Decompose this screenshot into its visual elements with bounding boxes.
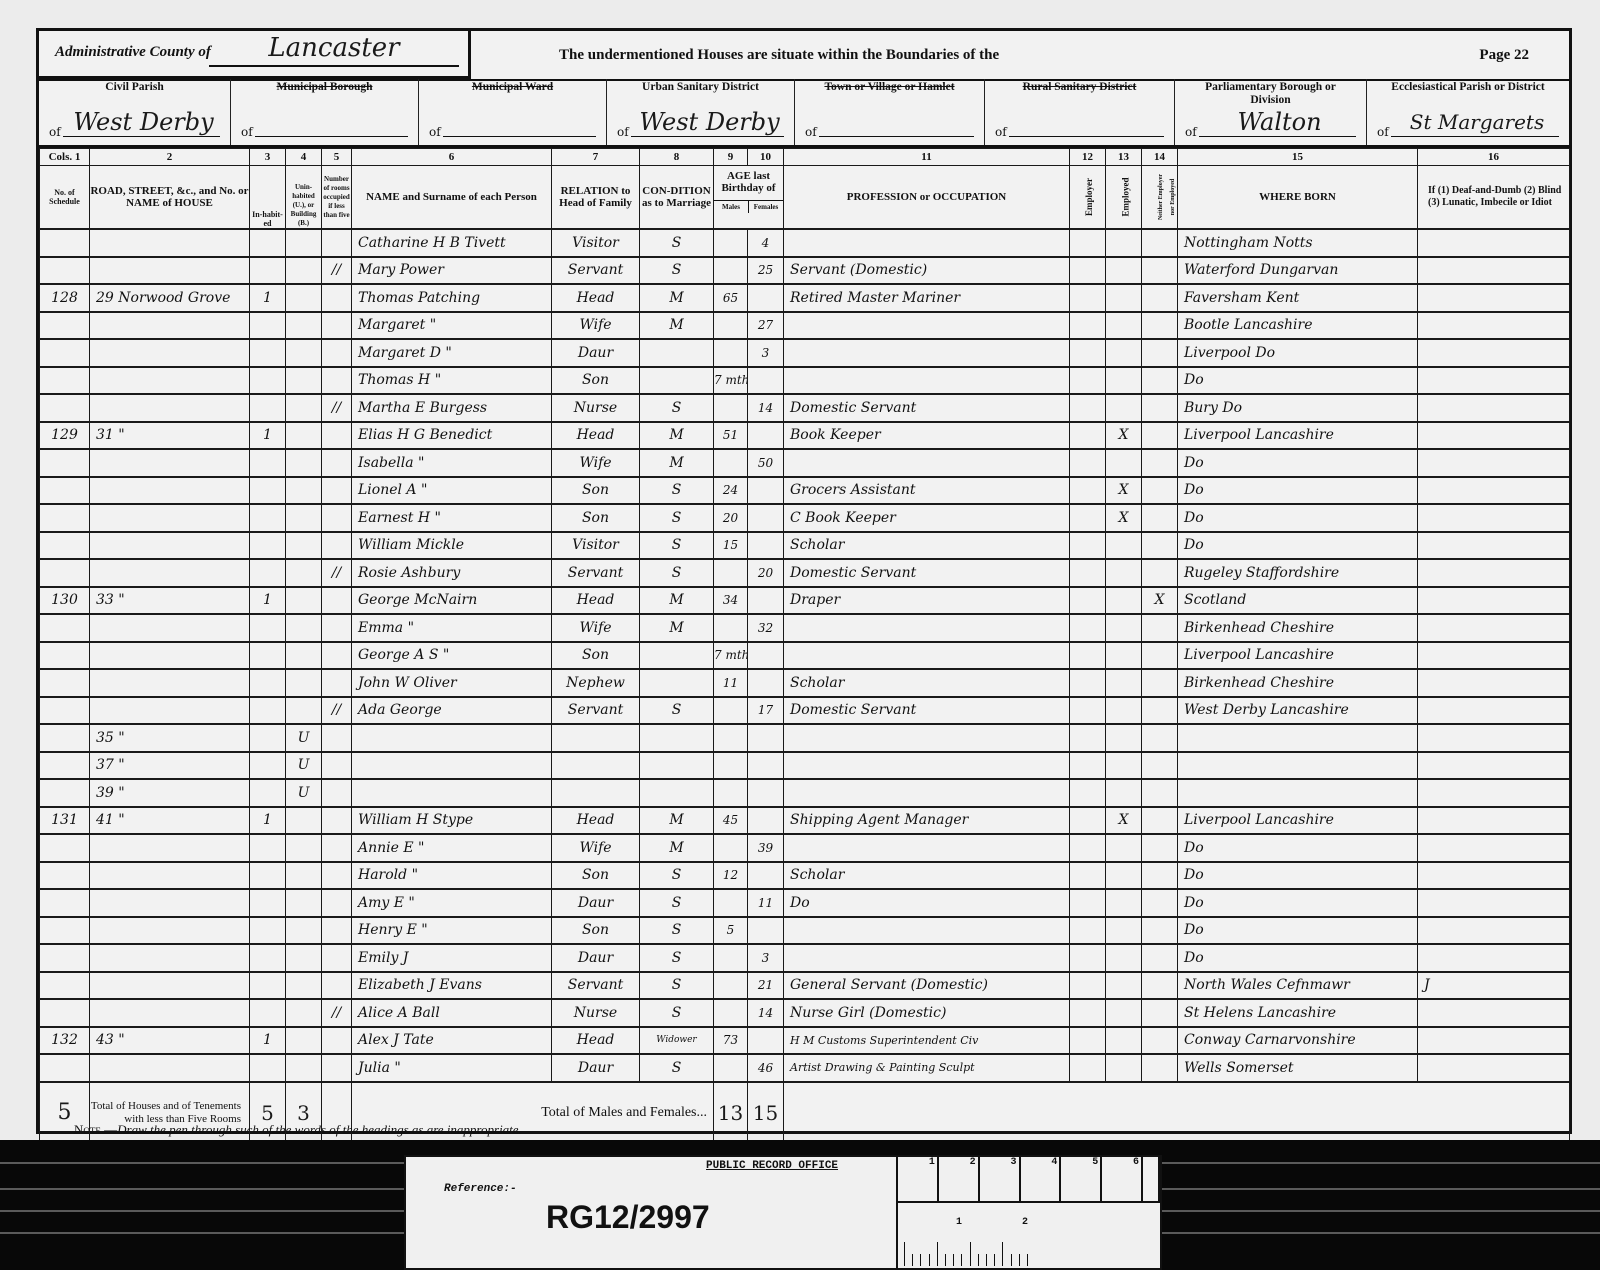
ruler-inch: 1 2 [898,1203,1160,1266]
header-neither-label: Neither Employer nor Employed [1155,172,1178,222]
infirmity [1418,779,1570,807]
male-age [714,559,748,587]
uninhabited [286,587,322,615]
col-number: 16 [1418,149,1570,166]
address: 39 " [90,779,250,807]
uninhabited [286,229,322,257]
col-number: 6 [352,149,552,166]
table-row: 37 "U [40,752,1570,780]
where-born: Bury Do [1178,394,1418,422]
rooms [322,422,352,450]
where-born [1178,724,1418,752]
uninhabited [286,449,322,477]
female-age [748,284,784,312]
occupation: General Servant (Domestic) [784,972,1070,1000]
person-name: Annie E " [352,834,552,862]
infirmity [1418,532,1570,560]
where-born: North Wales Cefnmawr [1178,972,1418,1000]
uninhabited [286,642,322,670]
ruler-tick-label: 4 [1021,1157,1062,1201]
employed [1106,999,1142,1027]
female-age: 3 [748,339,784,367]
uninhabited [286,394,322,422]
occupation [784,944,1070,972]
header-rooms: Number of rooms occupied if less than fi… [322,166,352,230]
table-row: Catharine H B TivettVisitorS4Nottingham … [40,229,1570,257]
employed [1106,367,1142,395]
employer [1070,312,1106,340]
employer [1070,559,1106,587]
address [90,972,250,1000]
footnote: Note.—Draw the pen through such of the w… [74,1122,522,1138]
person-name: Henry E " [352,917,552,945]
employed [1106,559,1142,587]
employer [1070,669,1106,697]
inhabited [250,724,286,752]
ruler-tick-label: 2 [1022,1217,1028,1228]
inhabited [250,752,286,780]
person-name: Martha E Burgess [352,394,552,422]
female-age [748,504,784,532]
infirmity [1418,394,1570,422]
schedule-number [40,669,90,697]
condition: S [640,944,714,972]
table-row: Amy E "DaurS11DoDo [40,889,1570,917]
condition: M [640,834,714,862]
table-row: Emily JDaurS3Do [40,944,1570,972]
area-title: Civil Parish [39,81,230,94]
female-age [748,422,784,450]
rooms [322,367,352,395]
infirmity: J [1418,972,1570,1000]
ruler-tick [904,1242,905,1266]
uninhabited [286,614,322,642]
employed [1106,889,1142,917]
column-header-row: No. of Schedule ROAD, STREET, &c., and N… [40,166,1570,230]
female-age: 50 [748,449,784,477]
occupation: Nurse Girl (Domestic) [784,999,1070,1027]
table-row: //Mary PowerServantS25Servant (Domestic)… [40,257,1570,285]
neither [1142,477,1178,505]
employer [1070,944,1106,972]
female-age [748,367,784,395]
rooms [322,587,352,615]
schedule-number [40,972,90,1000]
employer [1070,504,1106,532]
occupation [784,614,1070,642]
person-name: Alice A Ball [352,999,552,1027]
inhabited [250,559,286,587]
employer [1070,587,1106,615]
condition: S [640,477,714,505]
table-row: //Alice A BallNurseS14Nurse Girl (Domest… [40,999,1570,1027]
header-employed-label: Employed [1120,177,1132,216]
rooms [322,1027,352,1055]
condition [640,642,714,670]
neither [1142,1054,1178,1082]
area-title: Municipal Ward [419,81,606,94]
rooms [322,284,352,312]
area-line [631,136,784,137]
schedule-number: 130 [40,587,90,615]
uninhabited [286,284,322,312]
inhabited [250,504,286,532]
employed [1106,642,1142,670]
relation: Daur [552,339,640,367]
rooms [322,504,352,532]
employed [1106,669,1142,697]
header-road: ROAD, STREET, &c., and No. or NAME of HO… [90,166,250,230]
table-row: 13141 "1William H StypeHeadM45Shipping A… [40,807,1570,835]
female-age: 3 [748,944,784,972]
person-name: John W Oliver [352,669,552,697]
occupation [784,834,1070,862]
schedule-number [40,394,90,422]
employed: X [1106,477,1142,505]
female-age: 32 [748,614,784,642]
infirmity [1418,944,1570,972]
rooms: // [322,257,352,285]
uninhabited [286,339,322,367]
header-where-born: WHERE BORN [1178,166,1418,230]
rooms [322,779,352,807]
person-name: George McNairn [352,587,552,615]
person-name: Isabella " [352,449,552,477]
condition: S [640,257,714,285]
neither [1142,779,1178,807]
total-males: 13 [714,1082,748,1144]
area-title: Parliamentary Borough or Division [1175,81,1366,107]
infirmity [1418,504,1570,532]
employer [1070,1027,1106,1055]
neither [1142,944,1178,972]
infirmity [1418,724,1570,752]
address [90,339,250,367]
relation: Servant [552,972,640,1000]
condition: Widower [640,1027,714,1055]
inhabited [250,367,286,395]
area-value: West Derby [633,108,786,136]
header-females: Females [749,201,783,213]
male-age [714,889,748,917]
inhabited [250,257,286,285]
area-of: of [617,125,629,139]
neither [1142,312,1178,340]
area-of: of [805,125,817,139]
employer [1070,614,1106,642]
where-born: Liverpool Lancashire [1178,422,1418,450]
where-born: Waterford Dungarvan [1178,257,1418,285]
employer [1070,339,1106,367]
where-born: Do [1178,889,1418,917]
area-of: of [1377,125,1389,139]
rooms [322,312,352,340]
relation: Visitor [552,229,640,257]
employed [1106,917,1142,945]
address [90,862,250,890]
male-age [714,944,748,972]
area-of: of [995,125,1007,139]
female-age [748,642,784,670]
inhabited [250,642,286,670]
neither [1142,724,1178,752]
address [90,944,250,972]
person-name [352,724,552,752]
employed [1106,944,1142,972]
employed [1106,1027,1142,1055]
table-row: Emma "WifeM32Birkenhead Cheshire [40,614,1570,642]
address [90,394,250,422]
address [90,532,250,560]
relation: Daur [552,889,640,917]
person-name: Elizabeth J Evans [352,972,552,1000]
inhabited [250,834,286,862]
area-line [255,136,408,137]
neither [1142,889,1178,917]
address: 43 " [90,1027,250,1055]
inhabited [250,889,286,917]
ruler-cm: 1 2 3 4 5 6 [898,1157,1160,1203]
rooms: // [322,999,352,1027]
female-age [748,477,784,505]
infirmity [1418,284,1570,312]
inhabited [250,532,286,560]
table-row: Harold "SonS12ScholarDo [40,862,1570,890]
male-age [714,614,748,642]
employer [1070,779,1106,807]
employed [1106,862,1142,890]
area-line [819,136,974,137]
where-born: St Helens Lancashire [1178,999,1418,1027]
neither [1142,394,1178,422]
table-row: Julia "DaurS46Artist Drawing & Painting … [40,1054,1570,1082]
uninhabited [286,257,322,285]
employed [1106,779,1142,807]
occupation: Servant (Domestic) [784,257,1070,285]
neither [1142,367,1178,395]
relation: Nurse [552,999,640,1027]
female-age: 17 [748,697,784,725]
condition: S [640,697,714,725]
female-age [748,669,784,697]
male-age [714,752,748,780]
address [90,999,250,1027]
header-age: AGE last Birthday of Males Females [714,166,784,230]
male-age [714,834,748,862]
person-name [352,752,552,780]
female-age: 4 [748,229,784,257]
inhabited: 1 [250,422,286,450]
employed [1106,1054,1142,1082]
schedule-number: 132 [40,1027,90,1055]
rooms [322,889,352,917]
infirmity [1418,889,1570,917]
infirmity [1418,614,1570,642]
person-name: Lionel A " [352,477,552,505]
col-number: 14 [1142,149,1178,166]
address [90,504,250,532]
where-born: Do [1178,532,1418,560]
address [90,559,250,587]
female-age [748,532,784,560]
neither [1142,999,1178,1027]
schedule-number [40,504,90,532]
schedule-number: 129 [40,422,90,450]
ruler-tick [961,1254,962,1266]
rooms [322,834,352,862]
schedule-number [40,697,90,725]
occupation: Domestic Servant [784,394,1070,422]
neither [1142,697,1178,725]
table-row: //Rosie AshburyServantS20Domestic Servan… [40,559,1570,587]
relation: Head [552,1027,640,1055]
employer [1070,807,1106,835]
occupation: Domestic Servant [784,697,1070,725]
area-town-village-hamlet: Town or Village or Hamlet of [795,79,985,145]
occupation: Scholar [784,532,1070,560]
col-number: 8 [640,149,714,166]
rooms [322,614,352,642]
rooms: // [322,394,352,422]
boundaries-text: The undermentioned Houses are situate wi… [559,47,999,64]
occupation [784,449,1070,477]
area-line [1391,136,1559,137]
schedule-number [40,862,90,890]
rooms: // [322,697,352,725]
where-born: Do [1178,862,1418,890]
where-born: Do [1178,944,1418,972]
total-females: 15 [748,1082,784,1144]
header-age-label: AGE last Birthday of [714,170,783,194]
address [90,697,250,725]
infirmity [1418,807,1570,835]
address: 35 " [90,724,250,752]
table-row: George A S "Son7 mthLiverpool Lancashire [40,642,1570,670]
person-name: Margaret D " [352,339,552,367]
neither [1142,752,1178,780]
header-males: Males [714,201,749,213]
table-row: 35 "U [40,724,1570,752]
condition: M [640,587,714,615]
address [90,449,250,477]
employed: X [1106,504,1142,532]
infirmity [1418,917,1570,945]
rooms [322,339,352,367]
area-municipal-borough: Municipal Borough of [231,79,419,145]
employer [1070,697,1106,725]
employer [1070,257,1106,285]
employed [1106,834,1142,862]
male-age [714,724,748,752]
rooms [322,862,352,890]
occupation [784,229,1070,257]
rooms [322,807,352,835]
address [90,614,250,642]
table-row: Thomas H "Son7 mthDo [40,367,1570,395]
schedule-number [40,889,90,917]
occupation: Retired Master Mariner [784,284,1070,312]
header-name: NAME and Surname of each Person [352,166,552,230]
where-born: Do [1178,477,1418,505]
neither [1142,614,1178,642]
employer [1070,449,1106,477]
area-civil-parish: Civil Parish of West Derby [39,79,231,145]
rooms [322,669,352,697]
ruler-tick [937,1242,938,1266]
inhabited [250,917,286,945]
occupation: Scholar [784,669,1070,697]
schedule-number [40,449,90,477]
inhabited [250,669,286,697]
neither [1142,229,1178,257]
occupation: Shipping Agent Manager [784,807,1070,835]
relation: Son [552,917,640,945]
col-number: 11 [784,149,1070,166]
address [90,367,250,395]
ruler-tick [945,1254,946,1266]
ruler-tick [970,1242,971,1266]
person-name: William Mickle [352,532,552,560]
relation: Son [552,367,640,395]
female-age: 21 [748,972,784,1000]
inhabited [250,312,286,340]
relation: Head [552,284,640,312]
infirmity [1418,834,1570,862]
male-age [714,257,748,285]
person-name: Ada George [352,697,552,725]
inhabited [250,862,286,890]
area-ecclesiastical-parish: Ecclesiastical Parish or District of St … [1367,79,1569,145]
where-born: West Derby Lancashire [1178,697,1418,725]
employed: X [1106,807,1142,835]
uninhabited [286,972,322,1000]
table-row: Margaret D "Daur3Liverpool Do [40,339,1570,367]
infirmity [1418,477,1570,505]
employed [1106,284,1142,312]
rooms [322,724,352,752]
condition [640,724,714,752]
ruler-tick [986,1254,987,1266]
where-born: Birkenhead Cheshire [1178,614,1418,642]
where-born: Faversham Kent [1178,284,1418,312]
uninhabited [286,312,322,340]
header-employer: Employer [1070,166,1106,230]
table-row: 39 "U [40,779,1570,807]
condition: S [640,559,714,587]
relation: Head [552,587,640,615]
where-born: Do [1178,834,1418,862]
male-age [714,449,748,477]
header-condition: CON-DITION as to Marriage [640,166,714,230]
where-born: Liverpool Do [1178,339,1418,367]
employer [1070,477,1106,505]
col-number: 2 [90,149,250,166]
male-age: 20 [714,504,748,532]
relation: Wife [552,312,640,340]
occupation [784,724,1070,752]
area-title: Ecclesiastical Parish or District [1367,81,1569,94]
uninhabited [286,367,322,395]
employed [1106,587,1142,615]
employed [1106,339,1142,367]
relation: Wife [552,614,640,642]
condition: S [640,229,714,257]
male-age [714,779,748,807]
col-number: 5 [322,149,352,166]
note-prefix: Note.— [74,1122,117,1137]
rooms [322,944,352,972]
table-row: Lionel A "SonS24Grocers AssistantXDo [40,477,1570,505]
